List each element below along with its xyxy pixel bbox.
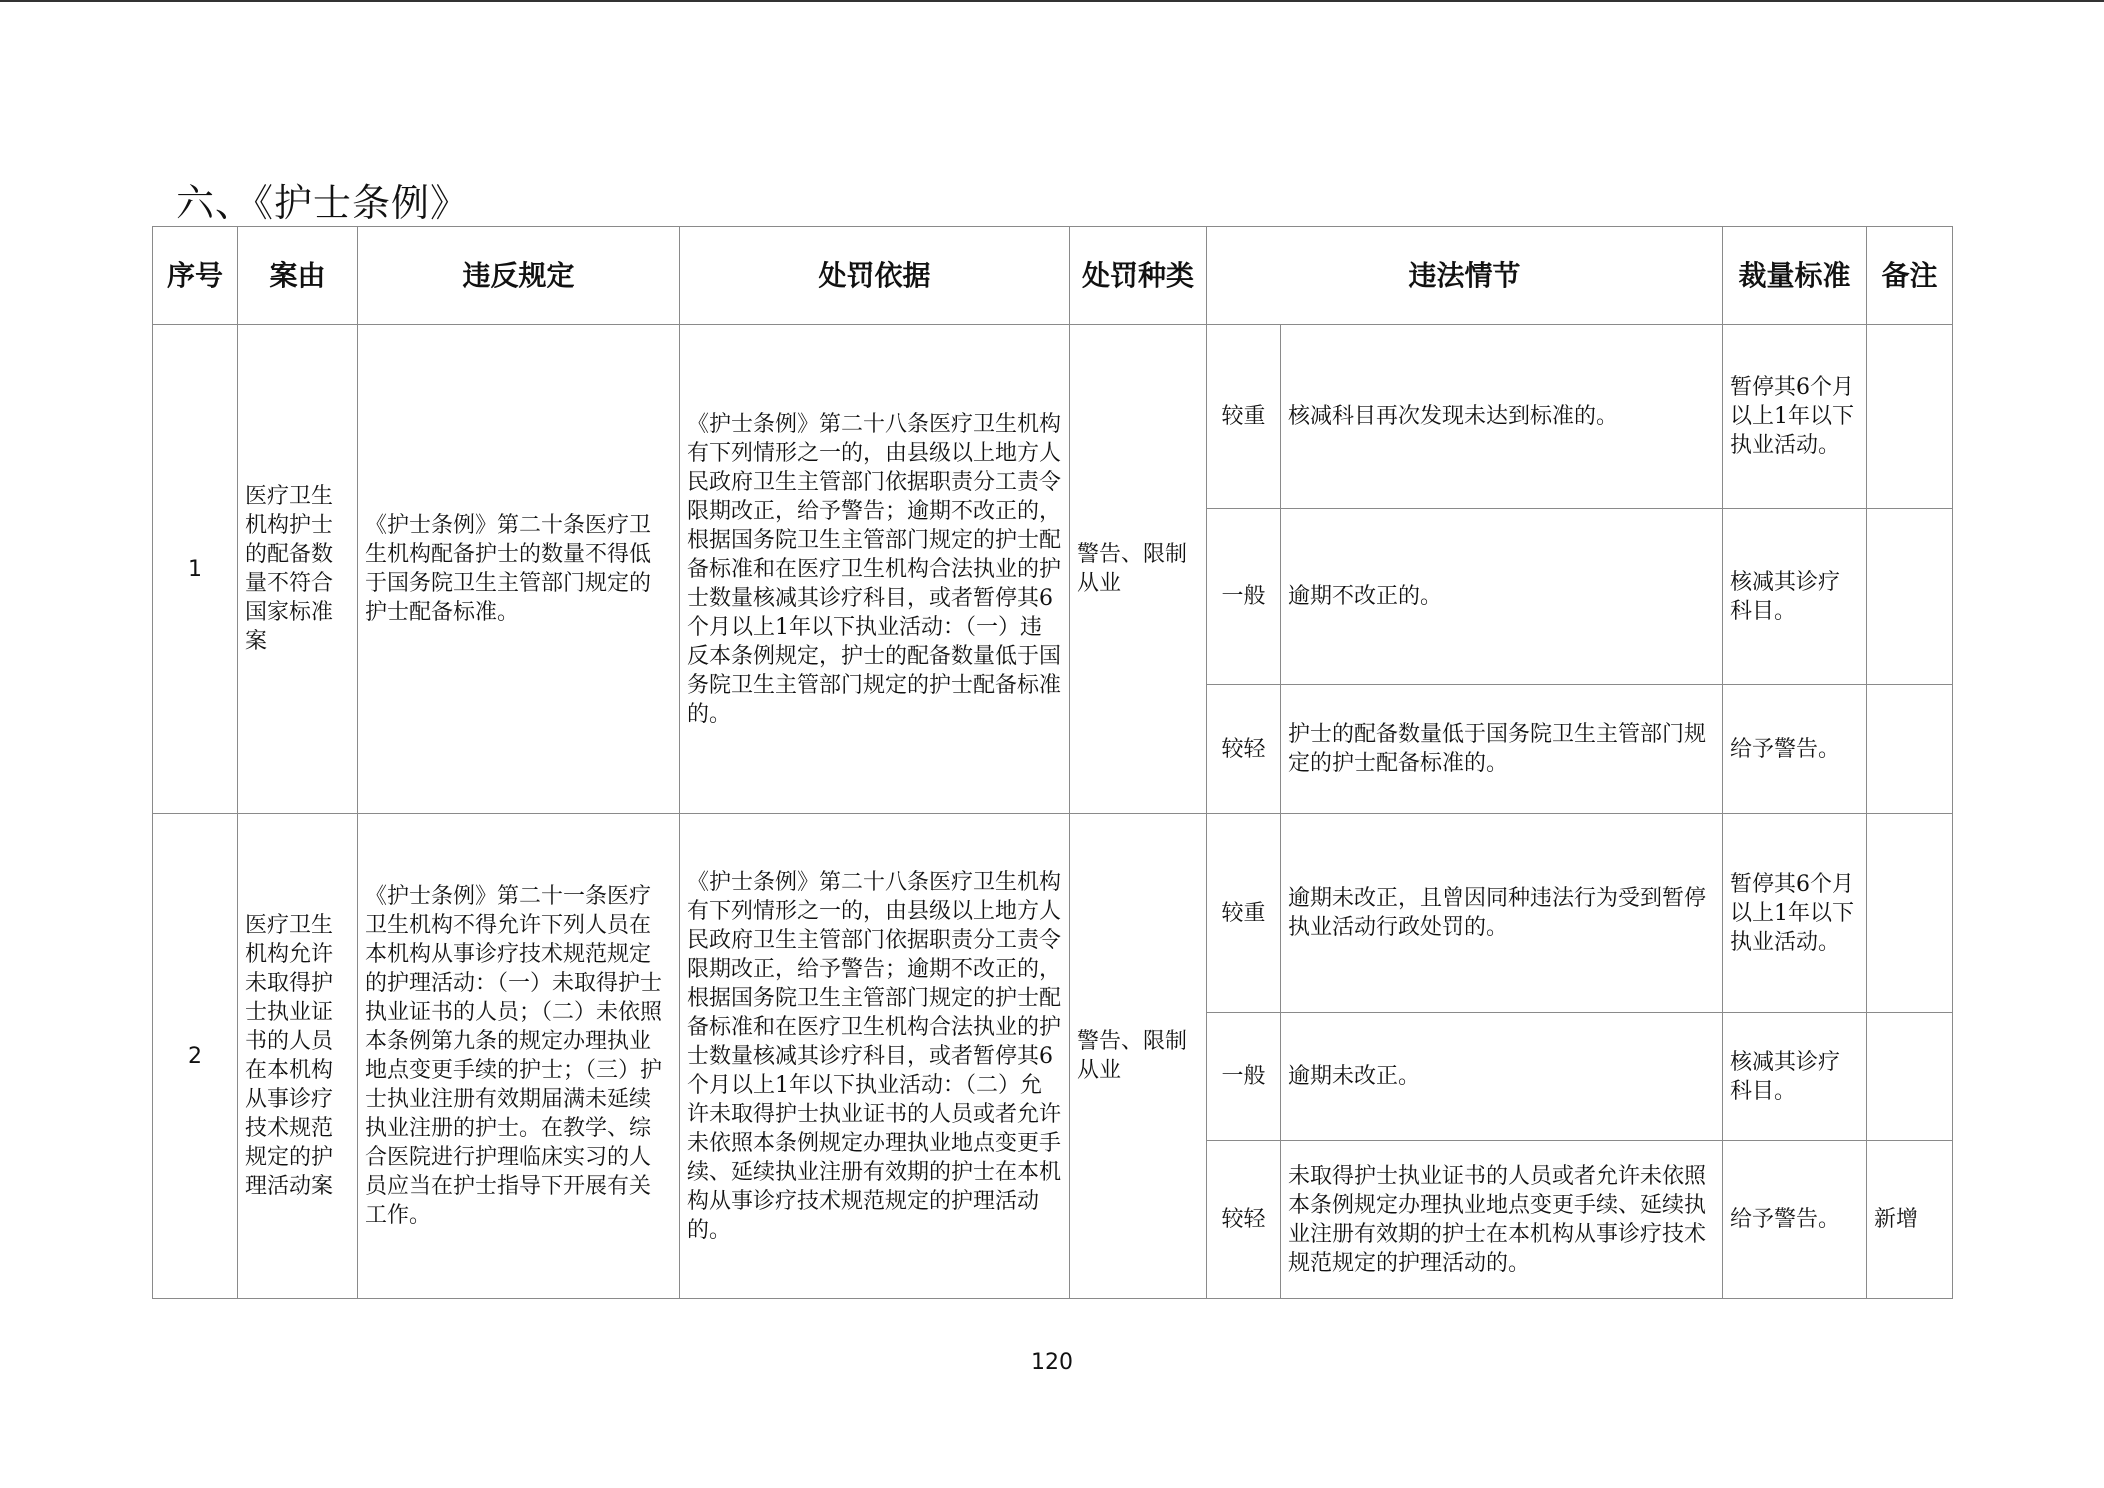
level-cell: 一般 [1207,509,1281,685]
note-cell [1867,685,1953,814]
header-basis: 处罚依据 [680,227,1070,325]
violation-cell: 《护士条例》第二十条医疗卫生机构配备护士的数量不得低于国务院卫生主管部门规定的护… [358,325,680,814]
circumstance-cell: 逾期未改正。 [1281,1013,1723,1141]
penalty-discretion-table: 序号 案由 违反规定 处罚依据 处罚种类 违法情节 裁量标准 备注 1 医疗卫生… [152,226,1953,1299]
note-cell: 新增 [1867,1141,1953,1299]
row-number: 2 [153,814,238,1299]
standard-cell: 暂停其6个月以上1年以下执业活动。 [1723,325,1867,509]
circumstance-cell: 核减科目再次发现未达到标准的。 [1281,325,1723,509]
penalty-cell: 警告、限制从业 [1070,325,1207,814]
header-standard: 裁量标准 [1723,227,1867,325]
level-cell: 较轻 [1207,685,1281,814]
standard-cell: 给予警告。 [1723,1141,1867,1299]
section-title: 六、《护士条例》 [176,172,469,227]
page-number: 120 [0,1350,2104,1375]
header-case: 案由 [238,227,358,325]
table-header-row: 序号 案由 违反规定 处罚依据 处罚种类 违法情节 裁量标准 备注 [153,227,1953,325]
header-circumstance: 违法情节 [1207,227,1723,325]
note-cell [1867,814,1953,1013]
level-cell: 较重 [1207,325,1281,509]
basis-cell: 《护士条例》第二十八条医疗卫生机构有下列情形之一的，由县级以上地方人民政府卫生主… [680,325,1070,814]
circumstance-cell: 逾期不改正的。 [1281,509,1723,685]
row-number: 1 [153,325,238,814]
circumstance-cell: 逾期未改正，且曾因同种违法行为受到暂停执业活动行政处罚的。 [1281,814,1723,1013]
header-no: 序号 [153,227,238,325]
standard-cell: 给予警告。 [1723,685,1867,814]
level-cell: 较轻 [1207,1141,1281,1299]
header-violation: 违反规定 [358,227,680,325]
basis-cell: 《护士条例》第二十八条医疗卫生机构有下列情形之一的，由县级以上地方人民政府卫生主… [680,814,1070,1299]
circumstance-cell: 护士的配备数量低于国务院卫生主管部门规定的护士配备标准的。 [1281,685,1723,814]
circumstance-cell: 未取得护士执业证书的人员或者允许未依照本条例规定办理执业地点变更手续、延续执业注… [1281,1141,1723,1299]
violation-cell: 《护士条例》第二十一条医疗卫生机构不得允许下列人员在本机构从事诊疗技术规范规定的… [358,814,680,1299]
level-cell: 一般 [1207,1013,1281,1141]
standard-cell: 核减其诊疗科目。 [1723,509,1867,685]
note-cell [1867,509,1953,685]
case-cell: 医疗卫生机构允许未取得护士执业证书的人员在本机构从事诊疗技术规范规定的护理活动案 [238,814,358,1299]
note-cell [1867,1013,1953,1141]
note-cell [1867,325,1953,509]
penalty-cell: 警告、限制从业 [1070,814,1207,1299]
page-top-border [0,0,2104,2]
level-cell: 较重 [1207,814,1281,1013]
header-penalty: 处罚种类 [1070,227,1207,325]
standard-cell: 核减其诊疗科目。 [1723,1013,1867,1141]
table-row: 1 医疗卫生机构护士的配备数量不符合国家标准案 《护士条例》第二十条医疗卫生机构… [153,325,1953,509]
header-note: 备注 [1867,227,1953,325]
table-row: 2 医疗卫生机构允许未取得护士执业证书的人员在本机构从事诊疗技术规范规定的护理活… [153,814,1953,1013]
standard-cell: 暂停其6个月以上1年以下执业活动。 [1723,814,1867,1013]
case-cell: 医疗卫生机构护士的配备数量不符合国家标准案 [238,325,358,814]
